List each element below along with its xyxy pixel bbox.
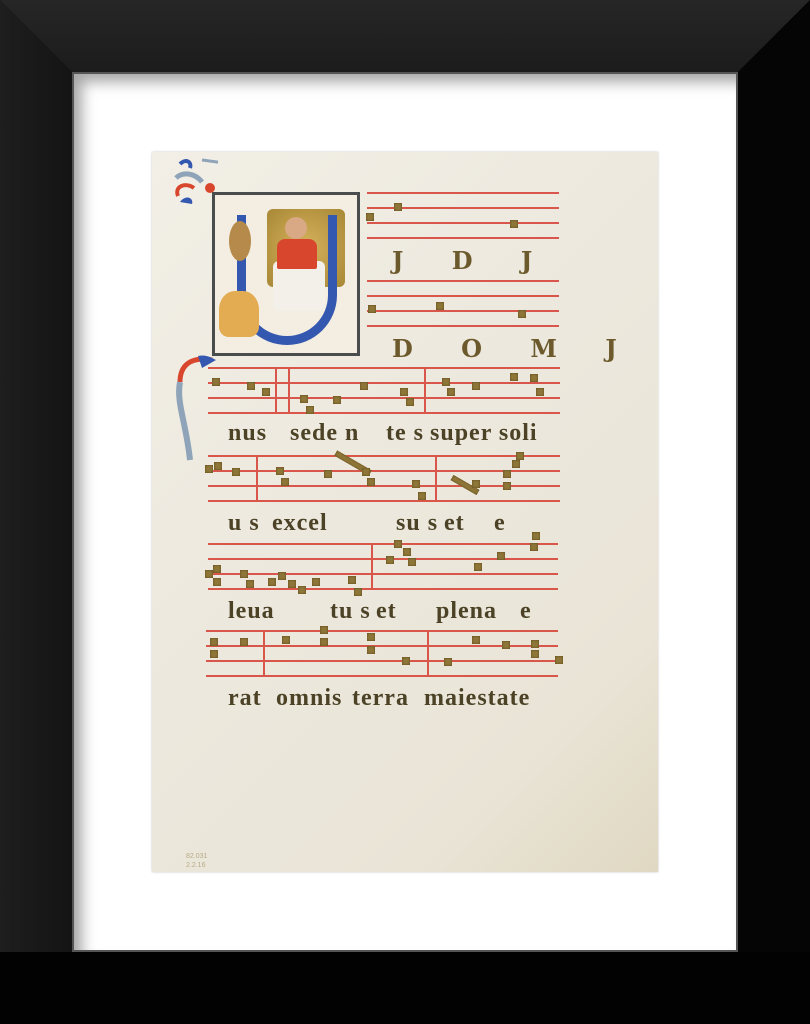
angel-figure [229, 221, 251, 261]
lyric-line-3-word-5: e [520, 598, 532, 625]
lyric-line-1-word-2: sede n [290, 420, 359, 447]
lyric-line-1-word-3: te s [386, 420, 424, 447]
lyric-line-4-word-2: omnis [276, 685, 342, 712]
accession-inscription: 82.031 2.2.16 [186, 852, 207, 870]
lyric-line-4-word-1: rat [228, 685, 262, 712]
lyric-line-3-word-1: leua [228, 598, 275, 625]
frame-bottom-molding [0, 952, 810, 1024]
lyric-line-4-word-4: maiestate [424, 685, 530, 712]
lyric-line-2-word-2: excel [272, 510, 328, 537]
christ-head [285, 217, 307, 239]
lyric-line-3-word-2: tu s [330, 598, 371, 625]
gold-letters-row-1: J D J [392, 246, 552, 275]
lyric-line-3-word-3: et [376, 598, 397, 625]
gold-letters-row-2: D O M J [392, 334, 637, 363]
lyric-line-4-word-3: terra [352, 685, 409, 712]
lyric-line-2-word-4: et [444, 510, 465, 537]
frame-left-molding [0, 0, 72, 1024]
inscription-line-1: 82.031 [186, 852, 207, 861]
frame-top-molding [0, 0, 810, 72]
christ-robe-red [277, 239, 317, 269]
kneeling-angel [219, 291, 259, 337]
lyric-line-2-word-3: su s [396, 510, 438, 537]
lyric-line-1-word-1: nus [228, 420, 267, 447]
lyric-line-3-word-4: plena [436, 598, 497, 625]
lyric-line-2-word-1: u s [228, 510, 260, 537]
inscription-line-2: 2.2.16 [186, 861, 207, 870]
historiated-initial [212, 192, 360, 356]
frame-right-molding [738, 0, 810, 1024]
lyric-line-1-word-4: super soli [430, 420, 538, 447]
lyric-line-2-word-5: e [494, 510, 506, 537]
